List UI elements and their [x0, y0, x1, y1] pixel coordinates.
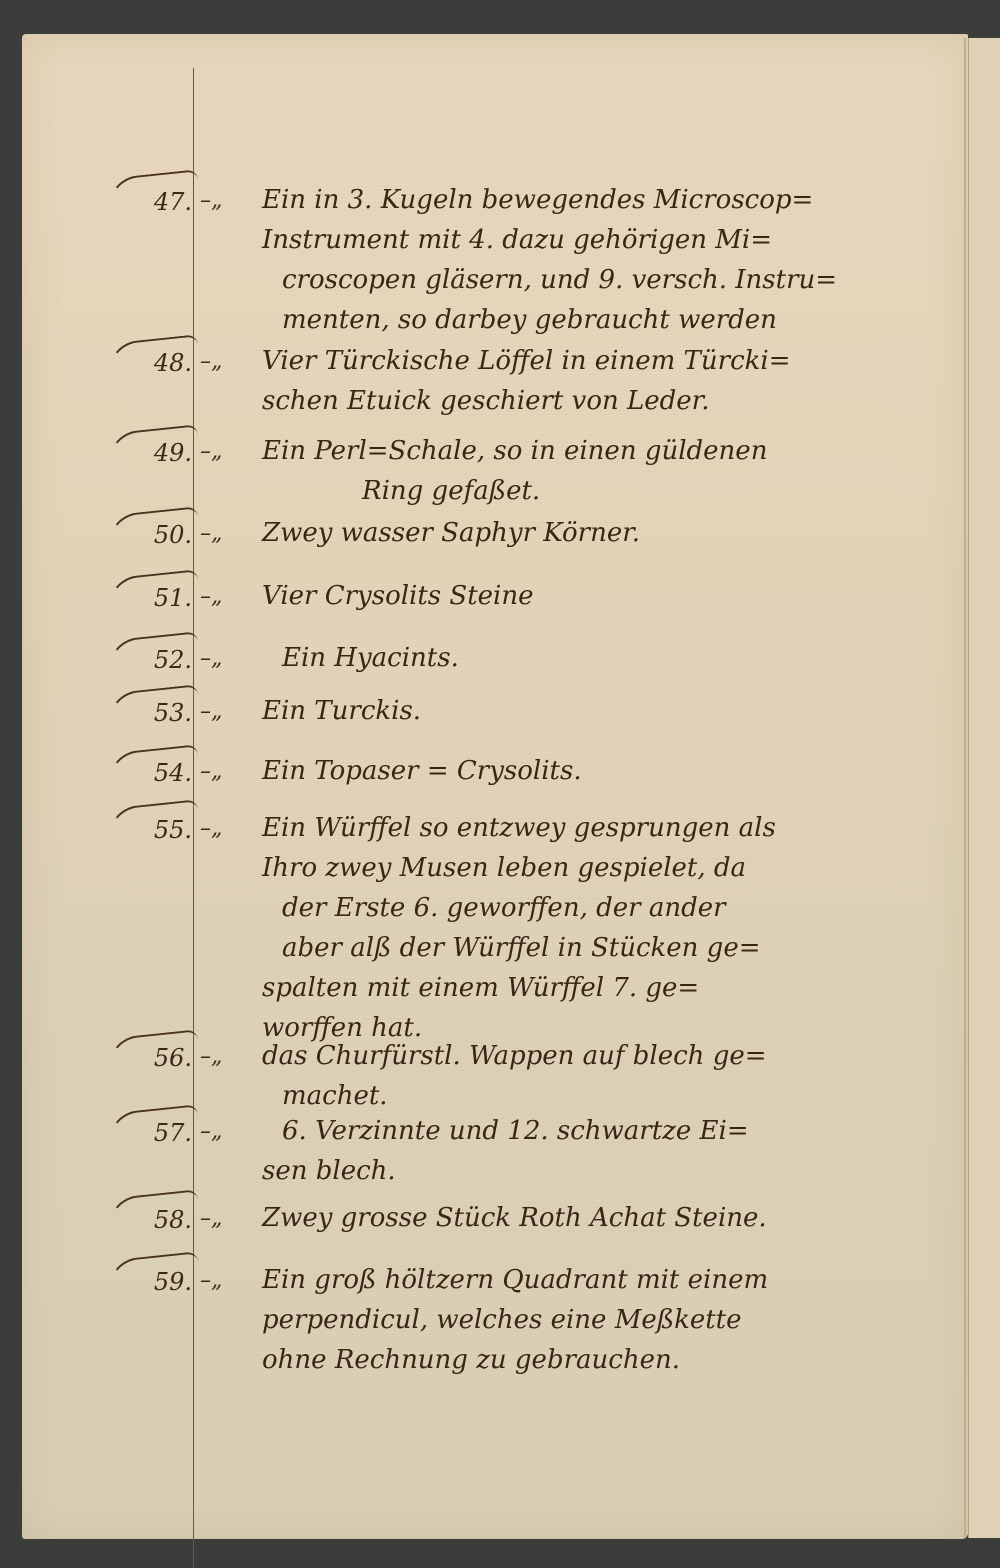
text-line: schen Etuick geschiert von Leder.	[262, 381, 982, 421]
entry-dash: –„	[200, 1119, 260, 1144]
binding-gutter	[964, 38, 966, 1538]
text-line: der Erste 6. geworffen, der ander	[262, 888, 982, 928]
entry-dash: –„	[200, 1268, 260, 1293]
entry-number: 47.	[117, 188, 192, 216]
text-line: das Churfürstl. Wappen auf blech ge=	[262, 1036, 982, 1076]
entry-number: 52.	[117, 646, 192, 674]
entry-dash: –„	[200, 439, 260, 464]
text-line: perpendicul, welches eine Meßkette	[262, 1300, 982, 1340]
entry-dash: –„	[200, 584, 260, 609]
text-line: ohne Rechnung zu gebrauchen.	[262, 1340, 982, 1380]
text-line: Zwey wasser Saphyr Körner.	[262, 513, 982, 553]
text-line: Ein Perl=Schale, so in einen güldenen	[262, 431, 982, 471]
entry-text: Vier Türckische Löffel in einem Türcki= …	[262, 341, 982, 421]
entry-dash: –„	[200, 1206, 260, 1231]
text-line: Vier Türckische Löffel in einem Türcki=	[262, 341, 982, 381]
entry-number: 58.	[117, 1206, 192, 1234]
entry-dash: –„	[200, 816, 260, 841]
text-line: Ein Hyacints.	[262, 638, 982, 678]
entry-text: Zwey grosse Stück Roth Achat Steine.	[262, 1198, 982, 1238]
entry-number: 49.	[117, 439, 192, 467]
entry-number: 56.	[117, 1044, 192, 1072]
text-line: Ein Turckis.	[262, 691, 982, 731]
entry-dash: –„	[200, 1044, 260, 1069]
entry-text: das Churfürstl. Wappen auf blech ge= mac…	[262, 1036, 982, 1116]
entry-text: Ein Topaser = Crysolits.	[262, 751, 982, 791]
text-line: menten, so darbey gebraucht werden	[262, 300, 982, 340]
text-line: spalten mit einem Würffel 7. ge=	[262, 968, 982, 1008]
entry-text: Ein in 3. Kugeln bewegendes Microscop= I…	[262, 180, 982, 340]
text-line: Ein Würffel so entzwey gesprungen als	[262, 808, 982, 848]
text-line: 6. Verzinnte und 12. schwartze Ei=	[262, 1111, 982, 1151]
text-line: Ein groß höltzern Quadrant mit einem	[262, 1260, 982, 1300]
text-line: aber alß der Würffel in Stücken ge=	[262, 928, 982, 968]
entry-text: Ein Würffel so entzwey gesprungen als Ih…	[262, 808, 982, 1048]
text-line: Ein Topaser = Crysolits.	[262, 751, 982, 791]
entry-dash: –„	[200, 646, 260, 671]
entry-number: 50.	[117, 521, 192, 549]
entry-text: 6. Verzinnte und 12. schwartze Ei= sen b…	[262, 1111, 982, 1191]
text-line: Zwey grosse Stück Roth Achat Steine.	[262, 1198, 982, 1238]
entry-number: 48.	[117, 349, 192, 377]
text-line: Vier Crysolits Steine	[262, 576, 982, 616]
entry-text: Ein Turckis.	[262, 691, 982, 731]
entry-text: Zwey wasser Saphyr Körner.	[262, 513, 982, 553]
entry-number: 55.	[117, 816, 192, 844]
text-line: Ihro zwey Musen leben gespielet, da	[262, 848, 982, 888]
entry-dash: –„	[200, 521, 260, 546]
entry-dash: –„	[200, 349, 260, 374]
entry-text: Ein groß höltzern Quadrant mit einem per…	[262, 1260, 982, 1380]
text-line: Instrument mit 4. dazu gehörigen Mi=	[262, 220, 982, 260]
entry-dash: –„	[200, 699, 260, 724]
text-line: sen blech.	[262, 1151, 982, 1191]
text-line: croscopen gläsern, und 9. versch. Instru…	[262, 260, 982, 300]
entry-dash: –„	[200, 759, 260, 784]
entry-number: 53.	[117, 699, 192, 727]
text-line: machet.	[262, 1076, 982, 1116]
text-line: Ring gefaßet.	[262, 471, 982, 511]
manuscript-page: 47. –„ Ein in 3. Kugeln bewegendes Micro…	[22, 34, 968, 1539]
entry-number: 59.	[117, 1268, 192, 1296]
entry-text: Ein Perl=Schale, so in einen güldenen Ri…	[262, 431, 982, 511]
entry-text: Vier Crysolits Steine	[262, 576, 982, 616]
entry-number: 51.	[117, 584, 192, 612]
entry-text: Ein Hyacints.	[262, 638, 982, 678]
text-line: Ein in 3. Kugeln bewegendes Microscop=	[262, 180, 982, 220]
entry-number: 54.	[117, 759, 192, 787]
entry-number: 57.	[117, 1119, 192, 1147]
entry-dash: –„	[200, 188, 260, 213]
adjacent-page-edge	[968, 38, 1000, 1538]
